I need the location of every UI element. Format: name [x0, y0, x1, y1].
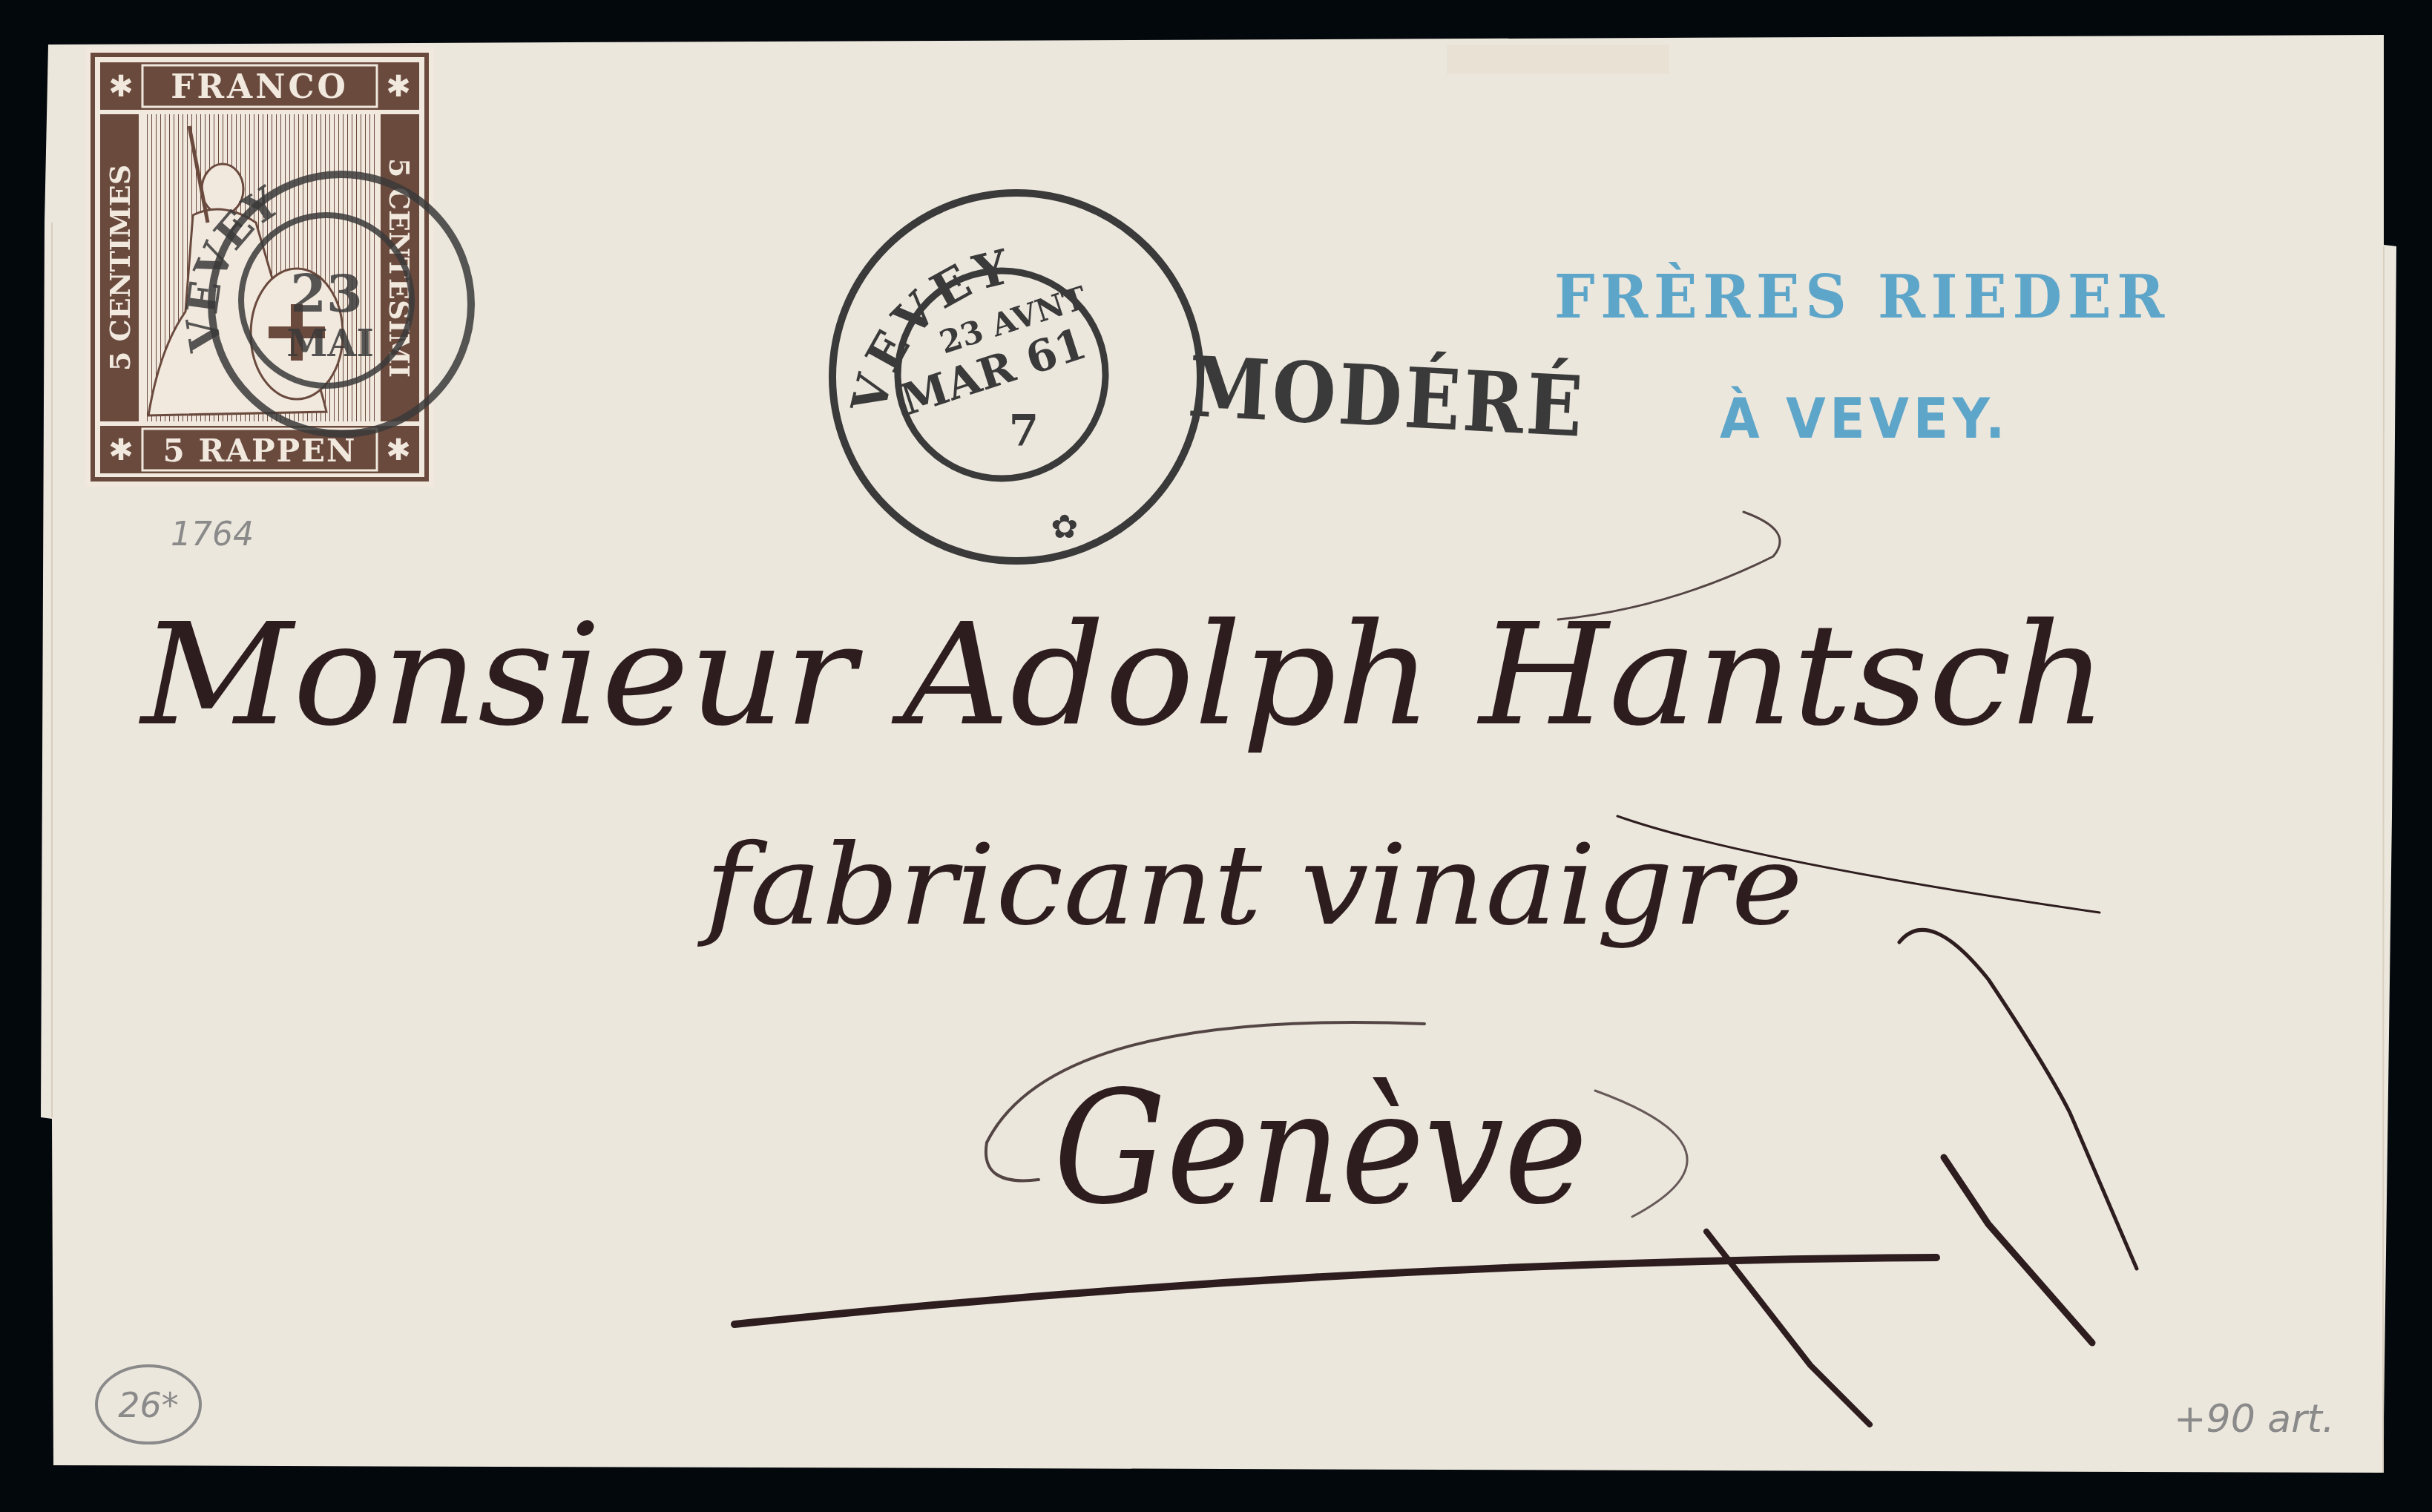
stamp-cancel-day: 23: [290, 263, 362, 324]
stamp-top-label: FRANCO: [171, 68, 349, 106]
letter-scene: ✱ ✱ FRANCO ✱ ✱ 5 RAPPEN 5 CENTIMES 5 CEN…: [0, 0, 2432, 1512]
datestamp-ornament-icon: ✿: [1051, 508, 1079, 546]
right-fold-line: [2383, 246, 2384, 1473]
address-line2: fabricant vinaigre: [697, 821, 1803, 950]
address-line1: Monsieur Adolph Hantsch: [139, 593, 2107, 757]
stamp-corner-bl-icon: ✱: [108, 433, 134, 467]
stamp-corner-tr-icon: ✱: [386, 70, 411, 104]
stamp-corner-br-icon: ✱: [386, 433, 411, 467]
stamp-cancel-month: MAI: [286, 321, 374, 365]
modere-handstamp: MODÉRÉ: [1186, 338, 1588, 456]
cachet-line2: À VEVEY.: [1720, 386, 2009, 451]
svg-text:26*: 26*: [118, 1385, 179, 1425]
pencil-catalog-number: 1764: [171, 516, 254, 553]
stamp-left-label: 5 CENTIMES: [103, 165, 137, 371]
stamp-bottom-label: 5 RAPPEN: [163, 433, 357, 469]
datestamp-hour: 7: [1009, 405, 1039, 456]
stamp: ✱ ✱ FRANCO ✱ ✱ 5 RAPPEN 5 CENTIMES 5 CEN…: [85, 47, 471, 487]
paper-stain: [1447, 45, 1669, 74]
address-line3: Genève: [1054, 1057, 1588, 1239]
pencil-bottom-right-note: +90 art.: [2174, 1397, 2334, 1442]
stamp-corner-tl-icon: ✱: [108, 70, 134, 104]
cachet-line1: FRÈRES RIEDER: [1554, 262, 2170, 332]
